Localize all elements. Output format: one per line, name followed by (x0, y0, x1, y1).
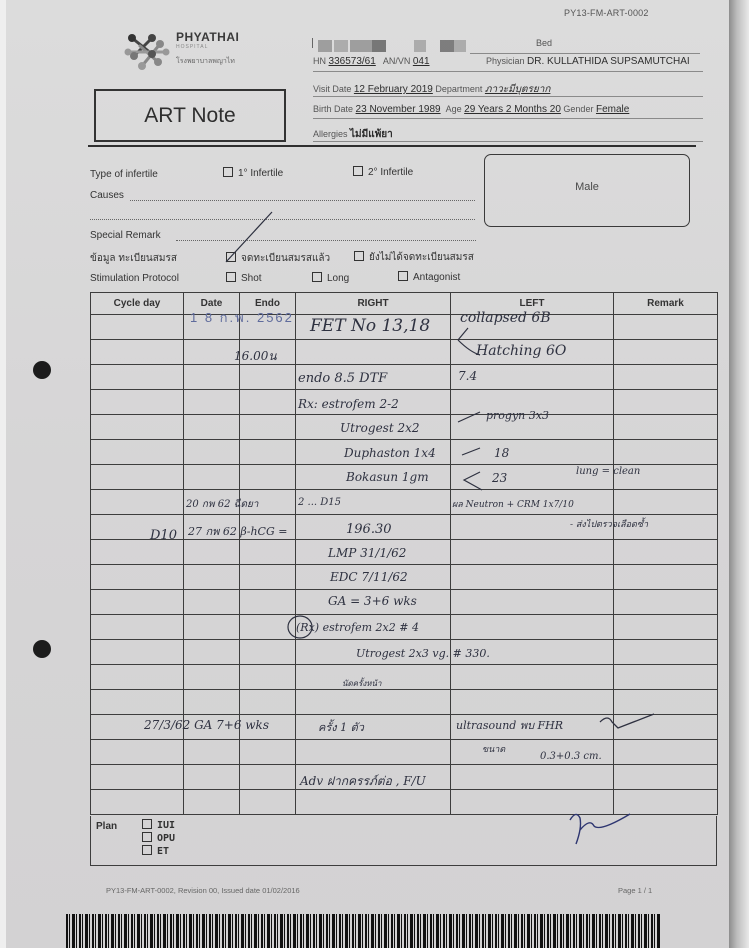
table-cell[interactable] (614, 665, 718, 690)
table-cell[interactable] (296, 740, 451, 765)
table-cell[interactable] (91, 415, 184, 440)
hospital-logo-icon (122, 30, 174, 72)
birth-date-value: 23 November 1989 (356, 104, 441, 115)
checkbox[interactable] (353, 166, 363, 176)
redacted-name-block (318, 40, 332, 52)
table-row (91, 665, 718, 690)
stim-opt-shot-label: Shot (241, 273, 262, 284)
table-cell[interactable] (91, 790, 184, 815)
table-cell[interactable] (451, 615, 614, 640)
allergies-value: ไม่มีแพ้ยา (350, 129, 393, 140)
allergies-label: Allergies (313, 129, 348, 139)
physician-row: Physician DR. KULLATHIDA SUPSAMUTCHAI (486, 56, 690, 67)
table-cell[interactable] (184, 690, 240, 715)
hw-r17-date: 27/3/62 GA 7+6 wks (144, 718, 269, 732)
table-cell[interactable] (614, 640, 718, 665)
stim-opt-long[interactable]: Long (312, 272, 349, 284)
table-cell[interactable] (91, 440, 184, 465)
stim-opt-shot[interactable]: Shot (226, 272, 262, 284)
table-cell[interactable] (91, 315, 184, 340)
pen-stroke-icon (598, 712, 658, 732)
hospital-name-thai: โรงพยาบาลพญาไท (176, 56, 235, 67)
causes-dotted-line-2[interactable] (90, 219, 475, 220)
hw-r1-right: FET No 13,18 (310, 316, 430, 336)
table-cell[interactable] (451, 540, 614, 565)
table-cell[interactable] (184, 740, 240, 765)
table-cell[interactable] (184, 390, 240, 415)
table-cell[interactable] (451, 565, 614, 590)
department-value: ภาวะมีบุตรยาก (485, 84, 551, 95)
pen-strokes-icon (440, 300, 720, 500)
age-value: 29 Years 2 Months 20 (464, 104, 561, 115)
allergies-row: Allergies ไม่มีแพ้ยา (313, 127, 393, 142)
hn-label: HN (313, 56, 326, 66)
hw-r4-right: Rx: estrofem 2-2 (298, 397, 399, 411)
form-title: ART Note (94, 89, 286, 142)
checkbox[interactable] (398, 271, 408, 281)
visit-underline (313, 96, 703, 97)
anvn-label: AN/VN (383, 56, 411, 66)
marriage-label: ข้อมูล ทะเบียนสมรส (90, 251, 177, 266)
physician-value: DR. KULLATHIDA SUPSAMUTCHAI (527, 56, 690, 67)
table-cell[interactable] (451, 690, 614, 715)
table-row (91, 740, 718, 765)
stim-protocol-label: Stimulation Protocol (90, 273, 179, 284)
stim-opt-antagonist[interactable]: Antagonist (398, 271, 460, 283)
type-infertile-label: Type of infertile (90, 169, 158, 180)
table-cell[interactable] (614, 740, 718, 765)
table-cell[interactable] (91, 465, 184, 490)
table-cell[interactable] (184, 440, 240, 465)
type-opt-primary-label: 1° Infertile (238, 168, 283, 179)
hospital-subtitle: HOSPITAL (176, 44, 208, 50)
plan-opt-iui-label: IUI (157, 820, 175, 831)
hw-r17-right: ครั้ง 1 ตัว (318, 718, 364, 736)
table-cell[interactable] (614, 565, 718, 590)
hw-r17-left: ultrasound พบ FHR (456, 716, 563, 734)
plan-opt-iui[interactable]: IUI (142, 819, 175, 831)
table-cell[interactable] (91, 665, 184, 690)
table-cell[interactable] (240, 640, 296, 665)
plan-opt-opu-label: OPU (157, 833, 175, 844)
footer-page-number: Page 1 / 1 (618, 886, 652, 895)
page-edge-shadow (729, 0, 749, 948)
redacted-name-block (350, 40, 372, 52)
table-cell[interactable] (184, 565, 240, 590)
table-cell[interactable] (240, 465, 296, 490)
birth-date-label: Birth Date (313, 104, 353, 114)
table-cell[interactable] (240, 790, 296, 815)
hw-r18-remark: 0.3+0.3 cm. (540, 751, 602, 762)
partner-box: Male (484, 154, 690, 227)
signature-icon (560, 808, 640, 848)
hw-r3-right: endo 8.5 DTF (298, 371, 387, 386)
table-cell[interactable] (184, 640, 240, 665)
causes-dotted-line[interactable] (130, 200, 475, 201)
redacted-name-block (334, 40, 348, 52)
checkbox[interactable] (142, 819, 152, 829)
table-cell[interactable] (451, 665, 614, 690)
hn-underline (313, 71, 703, 72)
hw-r15-right: นัดครั้งหน้า (342, 677, 381, 690)
table-cell[interactable] (240, 565, 296, 590)
hw-r5-right: Utrogest 2x2 (340, 421, 420, 435)
table-cell[interactable] (240, 440, 296, 465)
stim-opt-antagonist-label: Antagonist (413, 272, 460, 283)
plan-label: Plan (96, 821, 117, 832)
table-cell[interactable] (184, 415, 240, 440)
hn-row: HN 336573/61 AN/VN 041 (313, 56, 430, 67)
hw-r18-left: ขนาด (482, 742, 505, 756)
table-cell[interactable] (184, 665, 240, 690)
gender-value: Female (596, 104, 629, 115)
table-cell[interactable] (184, 365, 240, 390)
table-cell[interactable] (91, 740, 184, 765)
table-cell[interactable] (184, 465, 240, 490)
table-cell[interactable] (184, 615, 240, 640)
table-cell[interactable] (614, 540, 718, 565)
table-cell[interactable] (240, 665, 296, 690)
birth-underline (313, 118, 703, 119)
table-cell[interactable] (91, 390, 184, 415)
hw-r14-right: Utrogest 2x3 vg. # 330. (356, 647, 490, 660)
marriage-opt-unregistered-label: ยังไม่ได้จดทะเบียนสมรส (369, 252, 474, 263)
table-cell[interactable] (240, 690, 296, 715)
redacted-name-block (372, 40, 386, 52)
hw-r8-date: 20 กพ 62 ฉีดยา (186, 497, 258, 512)
table-cell[interactable] (91, 615, 184, 640)
table-cell[interactable] (91, 340, 184, 365)
date-stamp: 1 8 ก.พ. 2562 (190, 307, 294, 328)
hw-r9-cycle: D10 (150, 528, 177, 543)
department-label: Department (435, 84, 482, 94)
visit-date-label: Visit Date (313, 84, 351, 94)
table-cell[interactable] (91, 540, 184, 565)
hw-r10-right: LMP 31/1/62 (328, 546, 406, 560)
table-cell[interactable] (91, 565, 184, 590)
type-opt-primary[interactable]: 1° Infertile (223, 167, 283, 179)
hospital-name: PHYATHAI (176, 30, 239, 44)
bed-label: Bed (536, 38, 552, 48)
table-cell[interactable] (240, 590, 296, 615)
plan-opt-et[interactable]: ET (142, 845, 169, 857)
table-cell[interactable] (240, 365, 296, 390)
bed-underline (470, 53, 700, 54)
checkbox[interactable] (312, 272, 322, 282)
table-cell[interactable] (184, 340, 240, 365)
hn-value: 336573/61 (329, 56, 376, 67)
table-cell[interactable] (91, 640, 184, 665)
birth-row: Birth Date 23 November 1989 Age 29 Years… (313, 104, 629, 115)
table-cell[interactable] (91, 765, 184, 790)
plan-opt-opu[interactable]: OPU (142, 832, 175, 844)
checkbox[interactable] (142, 845, 152, 855)
col-cycle-day: Cycle day (91, 293, 184, 315)
hw-r9-date: 27 กพ 62 β-hCG = (188, 522, 287, 540)
name-field-marker (312, 38, 313, 48)
table-cell[interactable] (614, 690, 718, 715)
allergies-underline (313, 141, 703, 142)
visit-row: Visit Date 12 February 2019 Department ภ… (313, 82, 550, 97)
table-row (91, 690, 718, 715)
stim-opt-long-label: Long (327, 273, 349, 284)
hw-r12-right: GA = 3+6 wks (328, 594, 417, 608)
table-cell[interactable] (184, 790, 240, 815)
checkbox[interactable] (354, 251, 364, 261)
circled-rx-icon (286, 614, 316, 640)
table-cell[interactable] (91, 590, 184, 615)
marriage-opt-unregistered[interactable]: ยังไม่ได้จดทะเบียนสมรส (354, 250, 474, 265)
physician-label: Physician (486, 56, 525, 66)
barcode (66, 914, 660, 948)
checkbox[interactable] (142, 832, 152, 842)
punch-hole-bottom (33, 640, 51, 658)
table-cell[interactable] (91, 690, 184, 715)
table-cell[interactable] (184, 590, 240, 615)
col-right: RIGHT (296, 293, 451, 315)
type-opt-secondary-label: 2° Infertile (368, 167, 413, 178)
table-cell[interactable] (91, 490, 184, 515)
table-cell[interactable] (240, 540, 296, 565)
table-cell[interactable] (184, 540, 240, 565)
table-cell[interactable] (614, 615, 718, 640)
redacted-name-block (414, 40, 426, 52)
form-code: PY13-FM-ART-0002 (564, 8, 649, 18)
table-cell[interactable] (184, 765, 240, 790)
table-cell[interactable] (451, 590, 614, 615)
redacted-name-block (440, 40, 454, 52)
age-label: Age (446, 104, 462, 114)
table-cell[interactable] (240, 765, 296, 790)
visit-date-value: 12 February 2019 (354, 84, 433, 95)
plan-opt-et-label: ET (157, 846, 169, 857)
footer-form-revision: PY13-FM-ART-0002, Revision 00, Issued da… (106, 886, 300, 895)
anvn-value: 041 (413, 56, 430, 67)
hw-r6-right: Duphaston 1x4 (344, 446, 436, 460)
table-cell[interactable] (296, 790, 451, 815)
header-divider (88, 145, 696, 147)
hw-r9-remark: - ส่งไปตรวจเลือดซ้ำ (570, 517, 648, 531)
hw-r11-right: EDC 7/11/62 (330, 570, 408, 584)
table-cell[interactable] (91, 365, 184, 390)
table-cell[interactable] (451, 765, 614, 790)
punch-hole-top (33, 361, 51, 379)
checkbox[interactable] (223, 167, 233, 177)
hw-r8-right: 2 ... D15 (298, 497, 341, 508)
table-cell[interactable] (614, 765, 718, 790)
special-remark-dotted-line[interactable] (176, 240, 476, 241)
special-remark-label: Special Remark (90, 230, 161, 241)
hw-r7-right: Bokasun 1gm (346, 470, 429, 484)
table-cell[interactable] (614, 590, 718, 615)
table-cell[interactable] (240, 415, 296, 440)
gender-label: Gender (563, 104, 593, 114)
table-cell[interactable] (240, 740, 296, 765)
checkmark-stroke-icon (224, 210, 274, 265)
type-opt-secondary[interactable]: 2° Infertile (353, 166, 413, 178)
hw-r9-right: 196.30 (346, 522, 392, 537)
causes-label: Causes (90, 190, 124, 201)
hw-r19-right: Adv ฝากครรภ์ต่อ , F/U (300, 772, 426, 791)
hw-r2-date: 16.00น (234, 347, 277, 366)
checkbox[interactable] (226, 272, 236, 282)
redacted-name-block (454, 40, 466, 52)
table-cell[interactable] (296, 690, 451, 715)
table-cell[interactable] (296, 340, 451, 365)
table-cell[interactable] (240, 390, 296, 415)
